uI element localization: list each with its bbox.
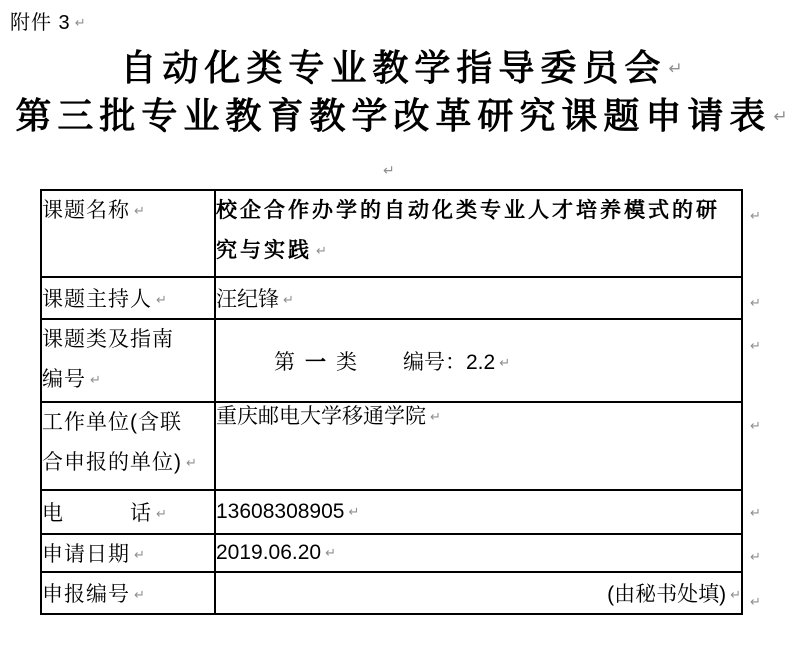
field-project-leader[interactable]: 汪纪锋↵ — [215, 277, 742, 319]
paragraph-mark-icon: ↵ — [316, 231, 327, 271]
paragraph-mark-icon: ↵ — [90, 360, 101, 400]
title-line-1: 自动化类专业教学指导委员会↵ — [0, 44, 803, 92]
table-row: 课题主持人↵ 汪纪锋↵ — [41, 277, 742, 319]
table-row: 申请日期↵ 2019.06.20↵ — [41, 534, 742, 572]
paragraph-mark-icon: ↵ — [730, 587, 741, 603]
paragraph-mark-icon: ↵ — [383, 162, 395, 179]
paragraph-mark-icon: ↵ — [499, 355, 510, 371]
label-application-date: 申请日期↵ — [41, 534, 215, 572]
attachment-label-text: 附件 3 — [10, 12, 71, 34]
paragraph-mark-icon: ↵ — [134, 587, 145, 603]
paragraph-mark-icon: ↵ — [186, 443, 197, 483]
paragraph-mark-icon: ↵ — [75, 15, 86, 31]
label-phone: 电 话↵ — [41, 490, 215, 534]
paragraph-mark-icon: ↵ — [773, 93, 787, 140]
application-form-table: 课题名称↵ 校企合作办学的自动化类专业人才培养模式的研 究与实践↵ 课题主持人↵… — [40, 189, 743, 615]
field-work-unit[interactable]: 重庆邮电大学移通学院↵ — [215, 402, 742, 490]
label-project-title: 课题名称↵ — [41, 190, 215, 277]
paragraph-mark-icon: ↵ — [668, 45, 682, 92]
paragraph-mark-icon: ↵ — [750, 338, 761, 354]
paragraph-mark-icon: ↵ — [156, 292, 167, 308]
paragraph-mark-icon: ↵ — [750, 208, 761, 224]
paragraph-mark-icon: ↵ — [750, 549, 761, 565]
field-application-number[interactable]: (由秘书处填)↵ — [215, 572, 742, 614]
paragraph-mark-icon: ↵ — [348, 504, 359, 520]
label-work-unit: 工作单位(含联 合申报的单位)↵ — [41, 402, 215, 490]
table-row: 申报编号↵ (由秘书处填)↵ — [41, 572, 742, 614]
field-application-date[interactable]: 2019.06.20↵ — [215, 534, 742, 572]
paragraph-mark-icon: ↵ — [325, 545, 336, 561]
label-project-leader: 课题主持人↵ — [41, 277, 215, 319]
category-prefix: 第 — [274, 351, 295, 374]
secretariat-note: (由秘书处填) — [607, 583, 726, 606]
table-row: 工作单位(含联 合申报的单位)↵ 重庆邮电大学移通学院↵ — [41, 402, 742, 490]
attachment-label: 附件 3↵ — [10, 6, 86, 35]
label-application-number: 申报编号↵ — [41, 572, 215, 614]
category-suffix: 类 — [336, 351, 357, 374]
field-phone[interactable]: 13608308905↵ — [215, 490, 742, 534]
table-row: 课题类及指南 编号↵ 第一类编号：2.2↵ — [41, 319, 742, 402]
paragraph-mark-icon: ↵ — [750, 418, 761, 434]
guide-number: 编号：2.2 — [403, 351, 495, 374]
field-category-number[interactable]: 第一类编号：2.2↵ — [215, 319, 742, 402]
table-row: 电 话↵ 13608308905↵ — [41, 490, 742, 534]
field-project-title[interactable]: 校企合作办学的自动化类专业人才培养模式的研 究与实践↵ — [215, 190, 742, 277]
paragraph-mark-icon: ↵ — [750, 295, 761, 311]
paragraph-mark-icon: ↵ — [156, 506, 167, 522]
form-title: 自动化类专业教学指导委员会↵ 第三批专业教育教学改革研究课题申请表↵ — [0, 44, 803, 140]
title-line-2: 第三批专业教育教学改革研究课题申请表↵ — [0, 92, 803, 140]
paragraph-mark-icon: ↵ — [430, 403, 441, 431]
paragraph-mark-icon: ↵ — [283, 292, 294, 308]
paragraph-mark-icon: ↵ — [134, 191, 145, 231]
table-row: 课题名称↵ 校企合作办学的自动化类专业人才培养模式的研 究与实践↵ — [41, 190, 742, 277]
document-page: 附件 3↵ 自动化类专业教学指导委员会↵ 第三批专业教育教学改革研究课题申请表↵… — [0, 0, 803, 652]
paragraph-mark-icon: ↵ — [134, 547, 145, 563]
paragraph-mark-icon: ↵ — [750, 594, 761, 610]
label-category-number: 课题类及指南 编号↵ — [41, 319, 215, 402]
paragraph-mark-icon: ↵ — [750, 505, 761, 521]
category-value: 一 — [305, 351, 326, 374]
